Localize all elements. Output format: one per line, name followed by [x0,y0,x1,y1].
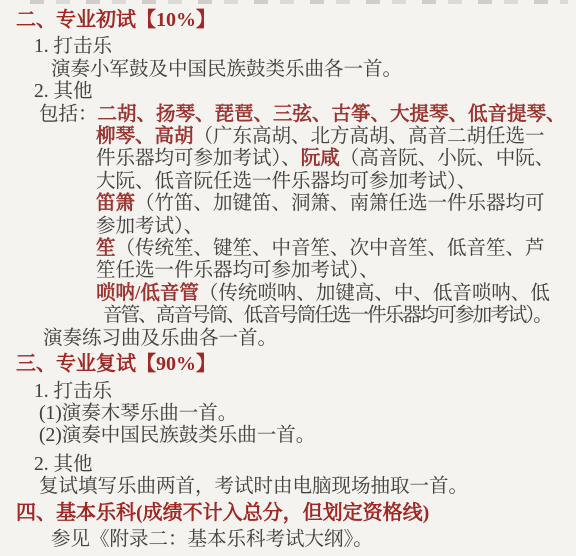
text-segment: (1)演奏木琴乐曲一首。 [39,403,237,424]
text-segment: 包括： [39,104,98,125]
section-heading: 三、专业复试【90%】 [0,353,576,376]
text-line: 大阮、低音阮任选一件乐器均可参加考试）、 [0,171,576,193]
instrument-name: 唢呐/低音管 [96,283,199,304]
text-line: (1)演奏木琴乐曲一首。 [0,403,576,425]
text-segment: 2. 其他 [34,81,93,102]
heading-text: 四、基本乐科(成绩不计入总分，但划定资格线) [16,502,429,524]
text-segment: 件乐器均可参加考试）、 [96,148,301,169]
text-line: 参见《附录二：基本乐科考试大纲》。 [0,529,576,551]
text-line: 柳琴、高胡（广东高胡、北方高胡、高音二胡任选一 [0,126,576,148]
text-segment: 大阮、低音阮任选一件乐器均可参加考试）、 [96,171,476,192]
text-line: 件乐器均可参加考试）、阮咸（高音阮、小阮、中阮、 [0,148,576,170]
text-line: 演奏练习曲及乐曲各一首。 [0,328,576,350]
text-segment: 音管、高音号筒、低音号筒任选一件乐器均可参加考试）。 [103,305,551,326]
text-line: 音管、高音号筒、低音号筒任选一件乐器均可参加考试）。 [0,305,576,327]
text-segment: 演奏练习曲及乐曲各一首。 [43,328,277,349]
document-page: 二、专业初试【10%】1. 打击乐演奏小军鼓及中国民族鼓类乐曲各一首。2. 其他… [0,0,576,556]
text-line: 唢呐/低音管（传统唢呐、加键高、中、低音唢呐、低 [0,283,576,305]
instrument-name: 二胡、扬琴、琵琶、三弦、古筝、大提琴、低音提琴、 [98,104,566,125]
text-segment: 参见《附录二：基本乐科考试大纲》。 [51,529,373,550]
text-segment: 1. 打击乐 [34,36,112,57]
text-line: 2. 其他 [0,81,576,103]
exam-requirements-document: 二、专业初试【10%】1. 打击乐演奏小军鼓及中国民族鼓类乐曲各一首。2. 其他… [0,9,576,551]
text-segment: 复试填写乐曲两首，考试时由电脑现场抽取一首。 [39,476,468,497]
text-line: 笙任选一件乐器均可参加考试）、 [0,260,576,282]
text-segment: 2. 其他 [34,454,93,475]
heading-text: 三、专业复试【90%】 [16,353,216,375]
text-line: (2)演奏中国民族鼓类乐曲一首。 [0,425,576,447]
text-line: 2. 其他 [0,454,576,476]
text-line: 演奏小军鼓及中国民族鼓类乐曲各一首。 [0,59,576,81]
text-line: 1. 打击乐 [0,381,576,403]
instrument-name: 柳琴、高胡 [96,126,194,147]
heading-text: 二、专业初试【10%】 [16,9,216,31]
text-segment: 参加考试）、 [96,216,203,237]
instrument-name: 阮咸 [301,148,340,169]
cropped-text-remnant [30,0,568,4]
text-line: 1. 打击乐 [0,36,576,58]
text-segment: （传统唢呐、加键高、中、低音唢呐、低 [199,283,550,304]
text-line: 参加考试）、 [0,216,576,238]
text-line: 笛箫（竹笛、加键笛、洞箫、南箫任选一件乐器均可 [0,193,576,215]
text-segment: (2)演奏中国民族鼓类乐曲一首。 [39,425,315,446]
text-segment: （广东高胡、北方高胡、高音二胡任选一 [194,126,545,147]
text-segment: 1. 打击乐 [34,381,112,402]
text-segment: （高音阮、小阮、中阮、 [340,148,555,169]
text-line: 复试填写乐曲两首，考试时由电脑现场抽取一首。 [0,476,576,498]
text-segment: 演奏小军鼓及中国民族鼓类乐曲各一首。 [51,59,402,80]
text-line: 包括：二胡、扬琴、琵琶、三弦、古筝、大提琴、低音提琴、 [0,104,576,126]
text-line: 笙（传统笙、键笙、中音笙、次中音笙、低音笙、芦 [0,238,576,260]
text-segment: （传统笙、键笙、中音笙、次中音笙、低音笙、芦 [116,238,545,259]
section-heading: 四、基本乐科(成绩不计入总分，但划定资格线) [0,502,576,525]
instrument-name: 笛箫 [96,193,135,214]
section-heading: 二、专业初试【10%】 [0,9,576,32]
text-segment: （竹笛、加键笛、洞箫、南箫任选一件乐器均可 [135,193,545,214]
text-segment: 笙任选一件乐器均可参加考试）、 [96,260,379,281]
instrument-name: 笙 [96,238,116,259]
